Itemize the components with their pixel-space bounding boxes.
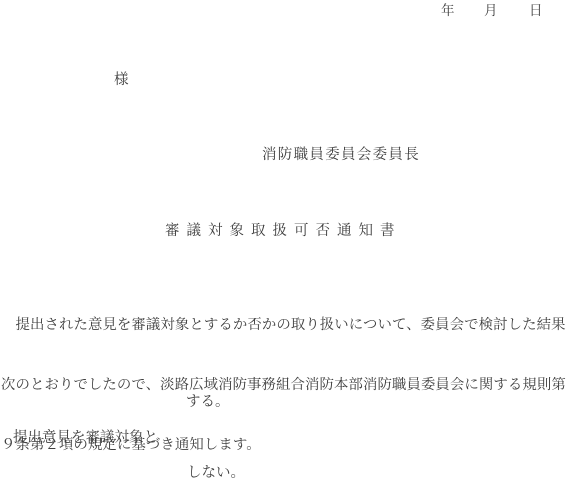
- body-paragraph: 提出された意見を審議対象とするか否かの取り扱いについて、委員会で検討した結果 次…: [1, 278, 567, 486]
- notice-document-page: 年 月 日 様 消防職員委員会委員長 審議対象取扱可否通知書 提出された意見を審…: [0, 0, 567, 486]
- decision-option-affirmative: する。: [186, 394, 230, 411]
- body-line-1: 提出された意見を審議対象とするか否かの取り扱いについて、委員会で検討した結果: [1, 313, 567, 339]
- decision-stem: 提出意見を審議対象と: [13, 430, 158, 447]
- sender-title: 消防職員委員会委員長: [262, 147, 420, 164]
- body-line-2: 次のとおりでしたので、淡路広域消防事務組合消防本部消防職員委員会に関する規則第: [1, 373, 567, 399]
- addressee-honorific: 様: [114, 72, 129, 89]
- decision-option-negative: しない。: [187, 465, 245, 482]
- date-year-label: 年: [441, 3, 455, 19]
- document-title: 審議対象取扱可否通知書: [165, 223, 402, 240]
- date-day-label: 日: [529, 3, 543, 19]
- date-month-label: 月: [484, 3, 498, 19]
